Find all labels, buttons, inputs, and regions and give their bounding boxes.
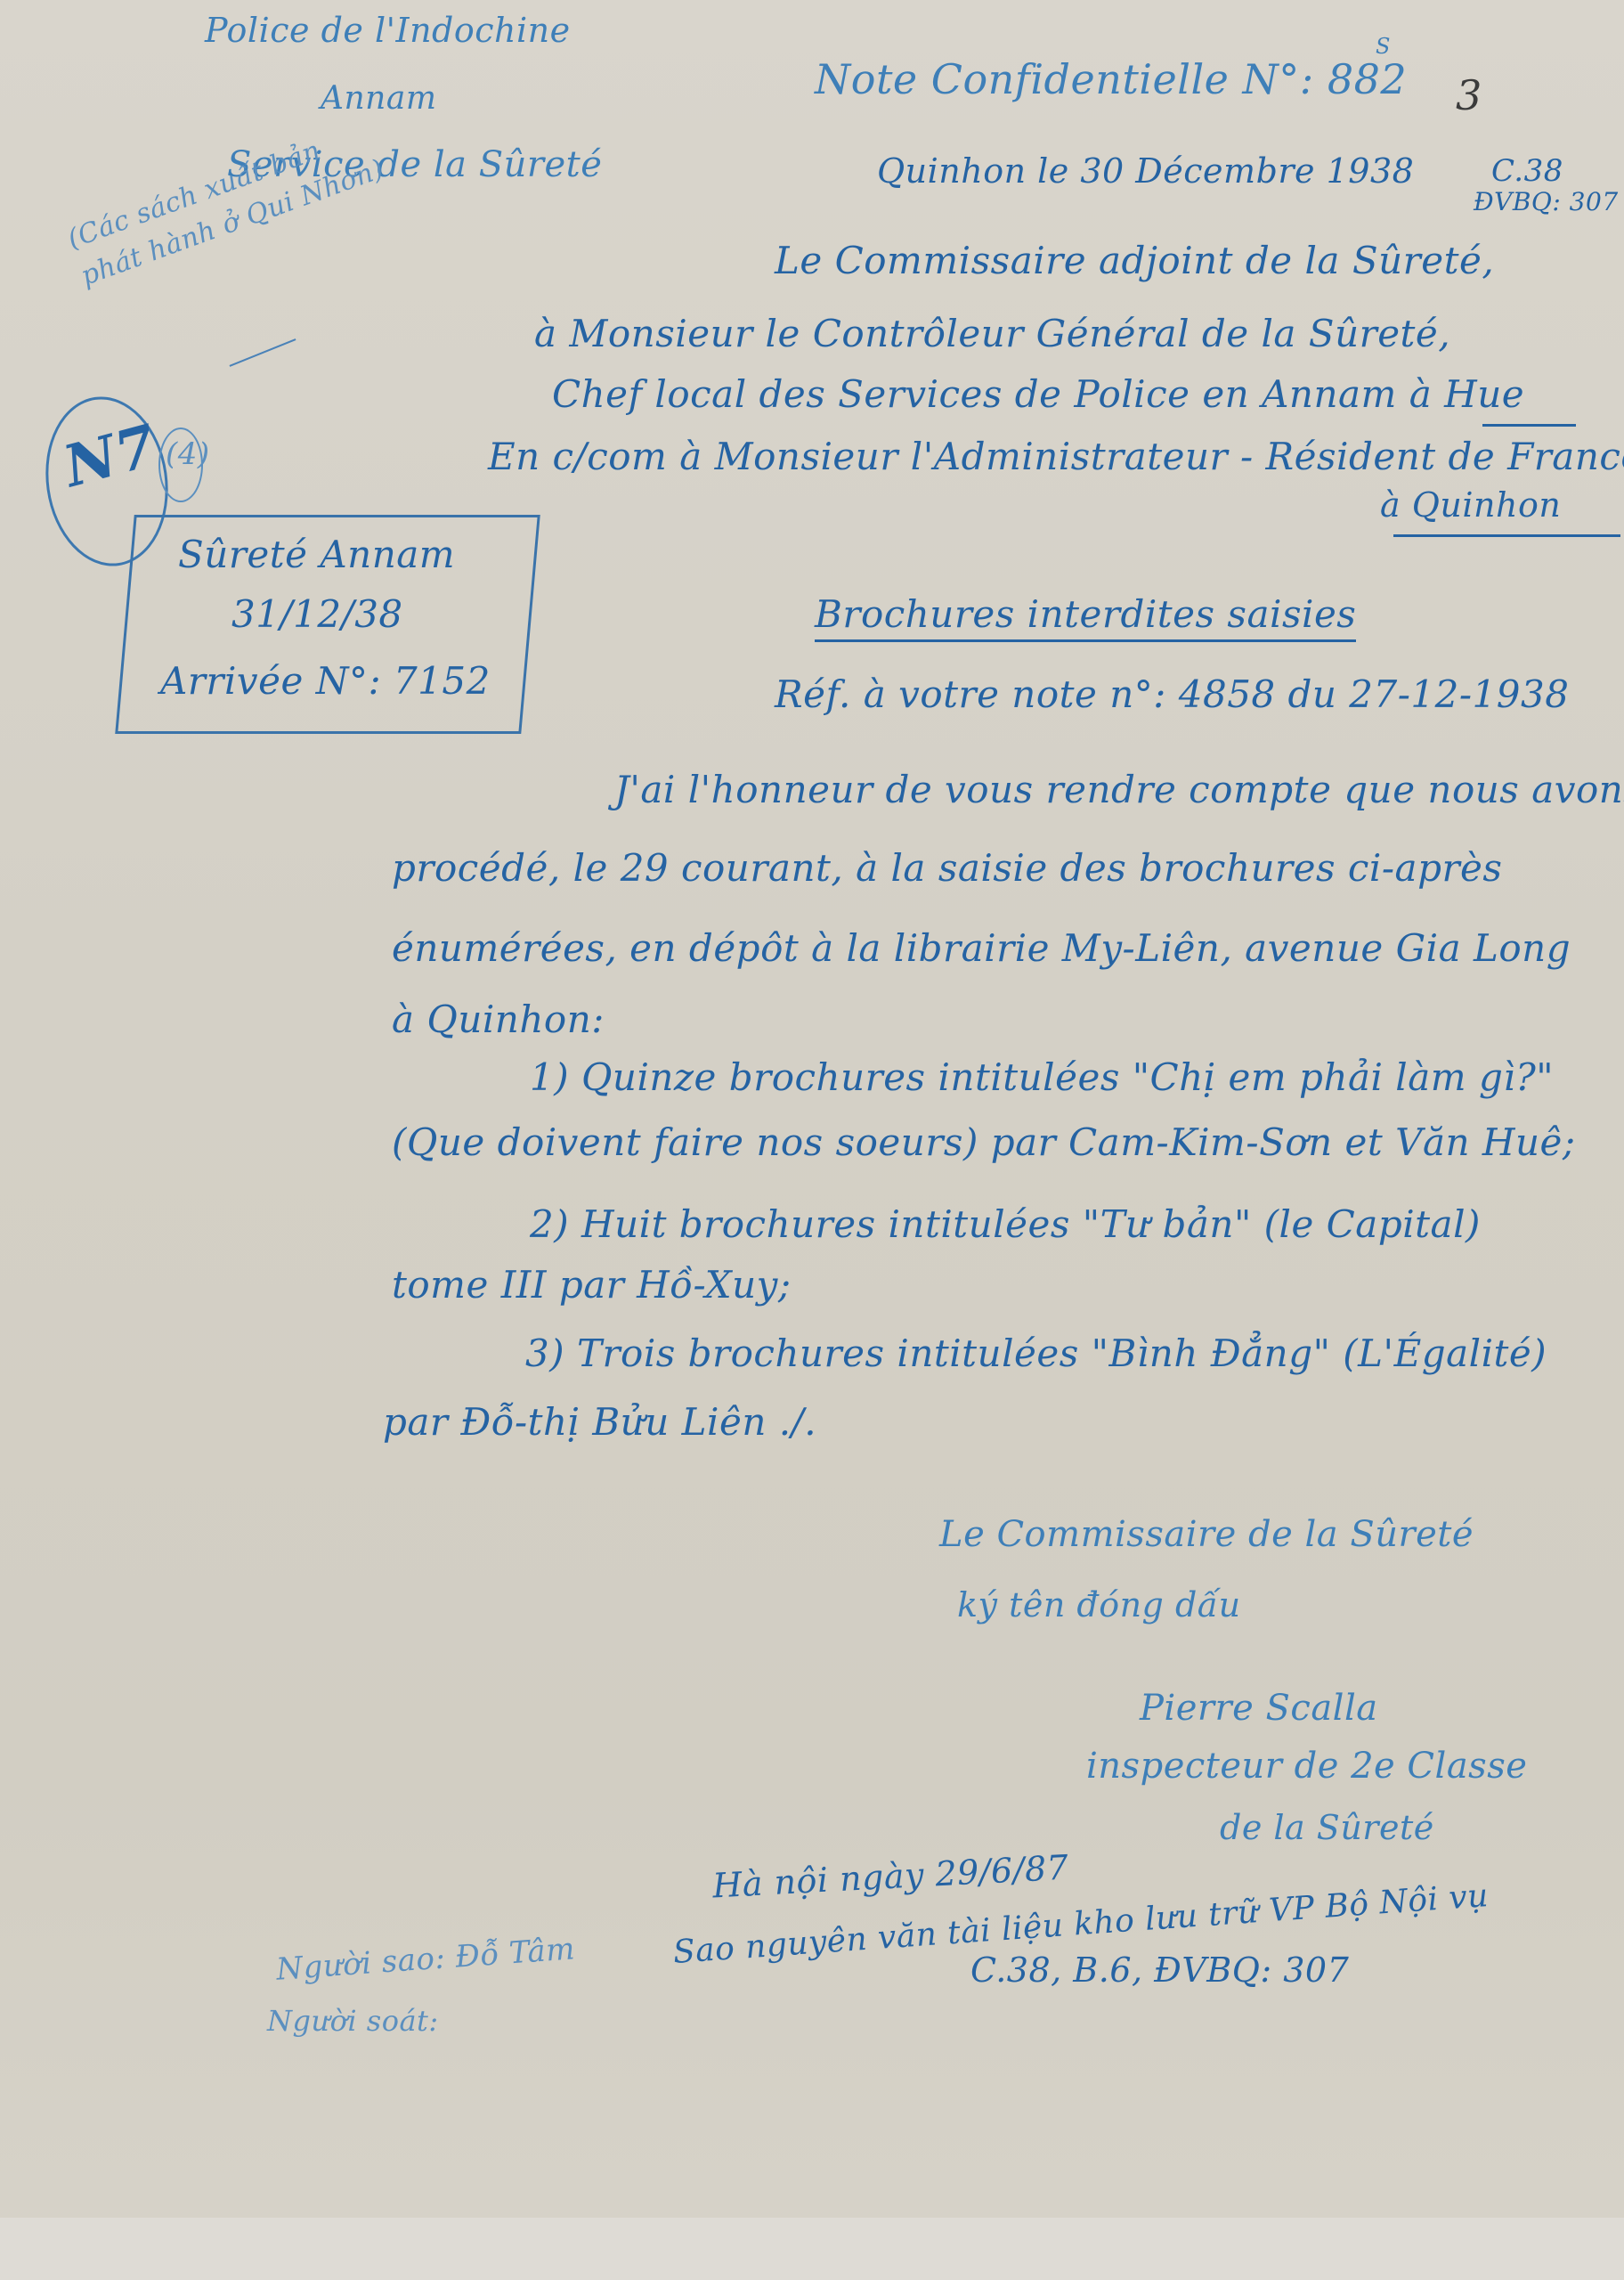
checked-by: Người soát: [267, 2004, 439, 2038]
list-item-1-line-1: 1) Quinze brochures intitulées "Chị em p… [530, 1055, 1554, 1099]
arrival-stamp-office: Sûreté Annam [178, 533, 455, 576]
header-organization: Police de l'Indochine [205, 11, 571, 50]
body-line-4: à Quinhon: [392, 997, 605, 1041]
signature-name: Pierre Scalla [1140, 1688, 1378, 1729]
recipient-line-3: En c/com à Monsieur l'Administrateur - R… [488, 435, 1624, 478]
circled-small-mark: (4) [166, 436, 210, 472]
signature-rank: inspecteur de 2e Classe [1086, 1746, 1527, 1787]
underline-quinhon [1393, 534, 1620, 537]
recipient-line-2: Chef local des Services de Police en Ann… [552, 372, 1524, 416]
note-title-superscript: S [1376, 34, 1391, 59]
archive-ref-dvbq: ĐVBQ: 307 [1474, 187, 1619, 216]
page-number-mark: 3 [1456, 71, 1482, 119]
list-item-3-line-2: par Đỗ-thị Bửu Liên ./. [383, 1400, 816, 1444]
arrival-stamp-number: Arrivée N°: 7152 [160, 659, 491, 703]
recipient-line-1: à Monsieur le Contrôleur Général de la S… [534, 312, 1450, 355]
underline-hue [1482, 424, 1576, 427]
list-item-2-line-2: tome III par Hồ-Xuy; [392, 1263, 792, 1307]
list-item-1-line-2: (Que doivent faire nos soeurs) par Cam-K… [392, 1120, 1576, 1164]
body-line-3: énumérées, en dépôt à la librairie My-Li… [392, 926, 1571, 970]
subject-title: Brochures interdites saisies [815, 592, 1356, 642]
copy-archive-ref: C.38, B.6, ĐVBQ: 307 [970, 1950, 1349, 1990]
place-date: Quinhon le 30 Décembre 1938 [877, 151, 1414, 191]
body-line-1: J'ai l'honneur de vous rendre compte que… [614, 768, 1624, 811]
list-item-3-line-1: 3) Trois brochures intitulées "Bình Đẳng… [525, 1331, 1547, 1375]
body-line-2: procédé, le 29 courant, à la saisie des … [392, 846, 1502, 890]
header-region: Annam [321, 80, 436, 117]
signature-signed-note: ký tên đóng dấu [957, 1585, 1241, 1624]
signature-rank-suffix: de la Sûreté [1220, 1808, 1434, 1847]
note-title: Note Confidentielle N°: 882 [815, 55, 1407, 103]
signature-title: Le Commissaire de la Sûreté [939, 1514, 1474, 1555]
arrival-stamp-date: 31/12/38 [231, 592, 403, 636]
archive-ref-c: C.38 [1491, 153, 1563, 189]
recipient-line-4: à Quinhon [1380, 485, 1561, 525]
list-item-2-line-1: 2) Huit brochures intitulées "Tư bản" (l… [530, 1202, 1481, 1246]
scan-background [0, 2218, 1624, 2280]
subject-reference: Réf. à votre note n°: 4858 du 27-12-1938 [775, 672, 1569, 716]
sender-line: Le Commissaire adjoint de la Sûreté, [775, 239, 1494, 282]
